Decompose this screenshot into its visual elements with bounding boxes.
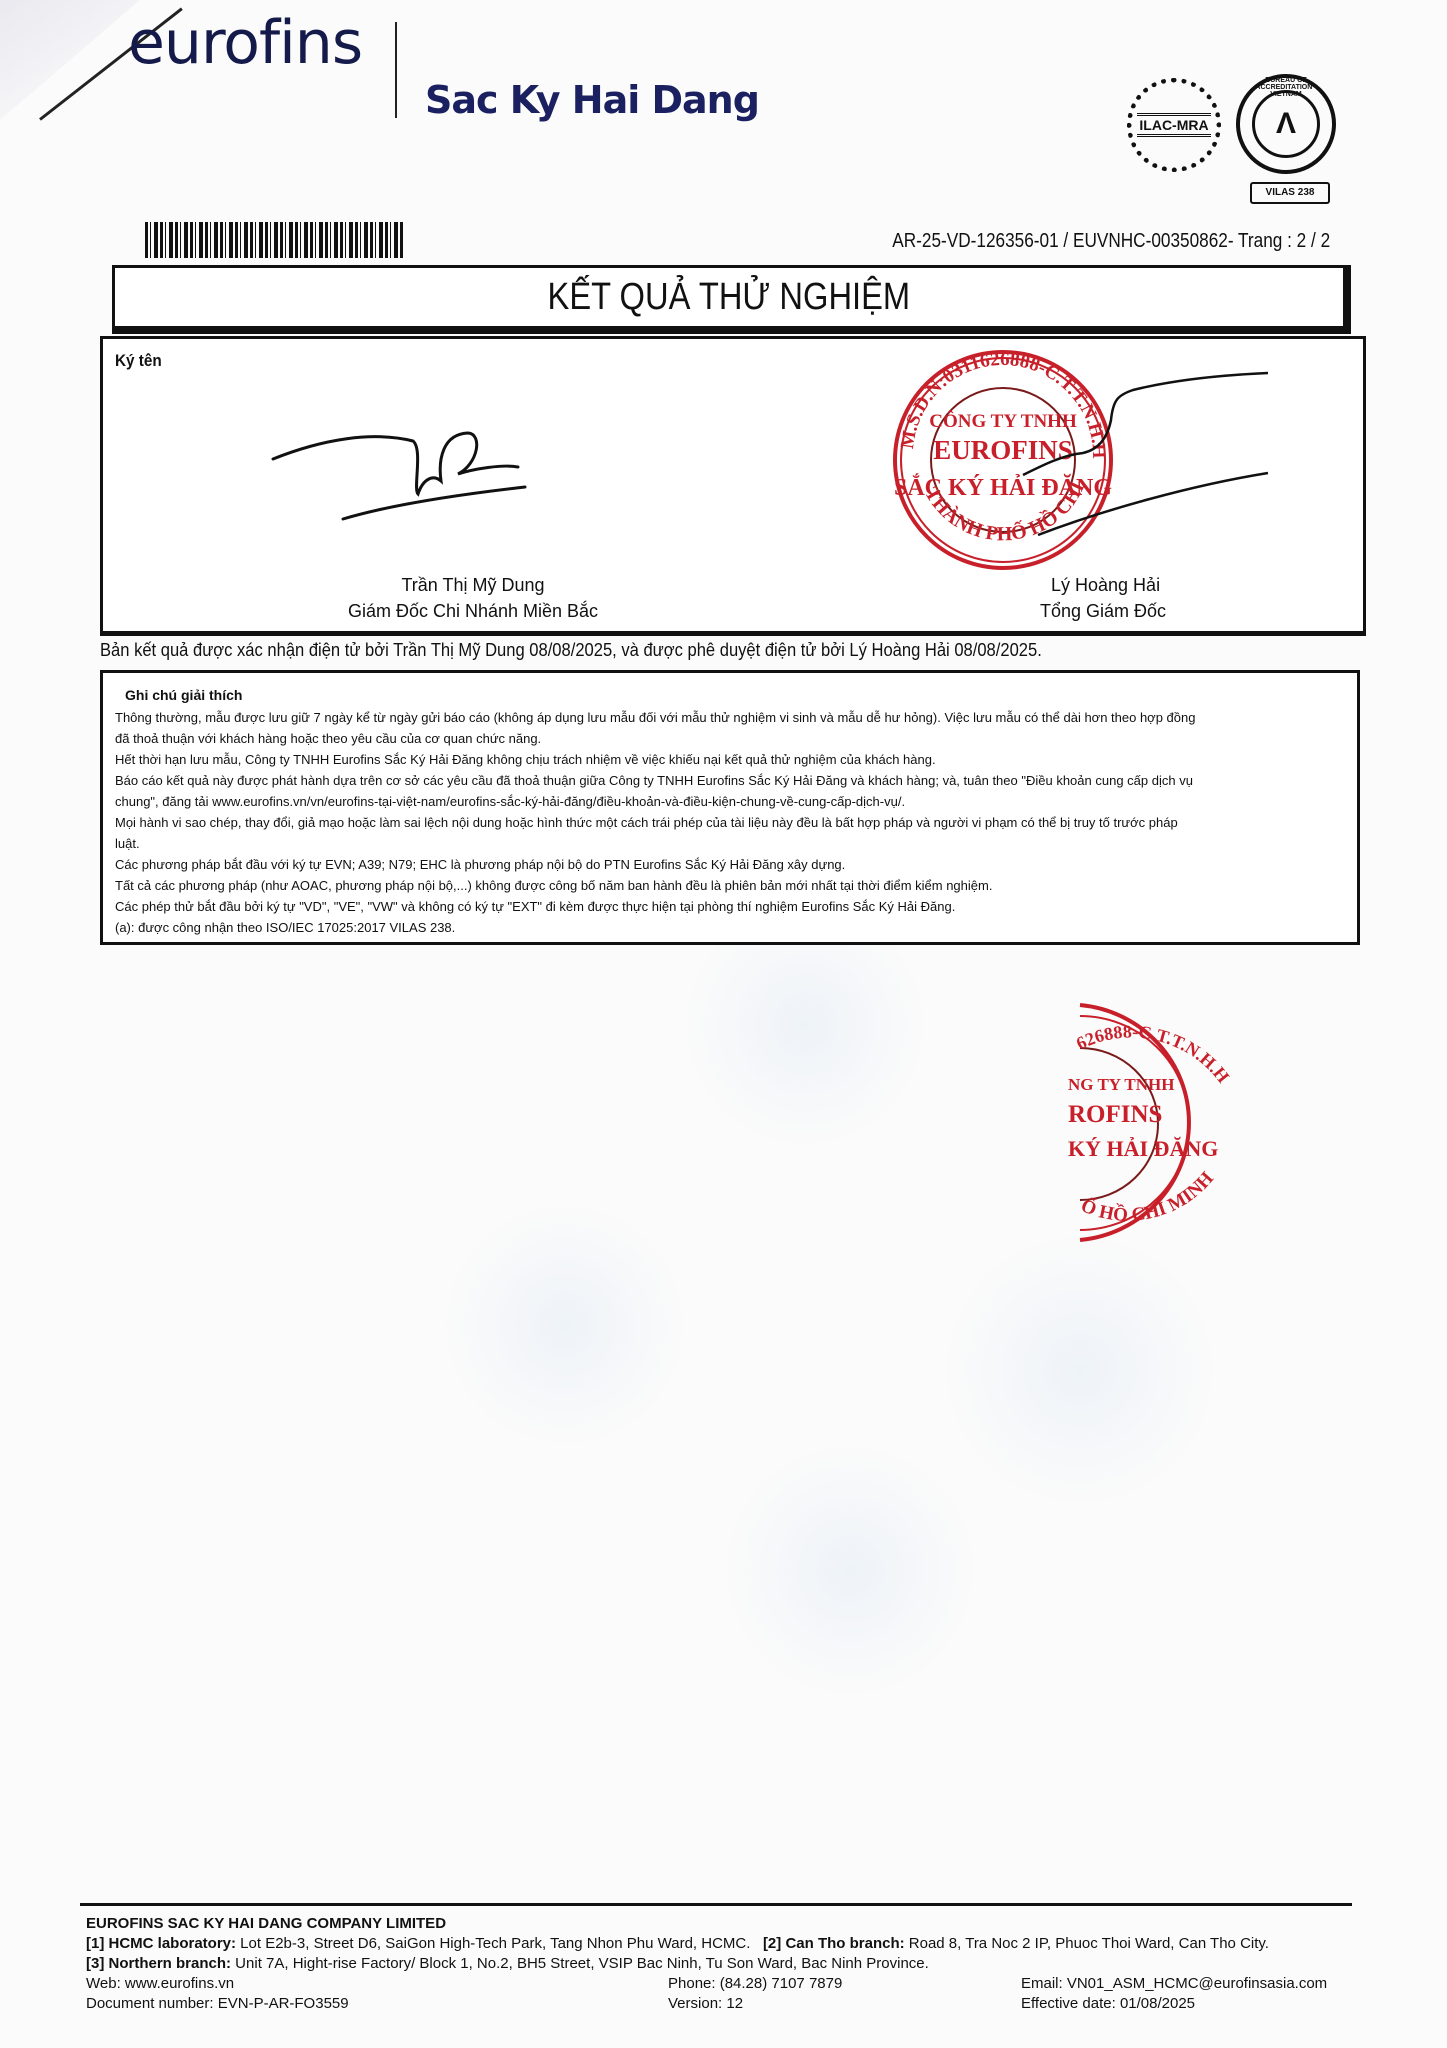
report-reference: AR-25-VD-126356-01 / EUVNHC-00350862- Tr…	[892, 230, 1330, 253]
notes-line: Tất cả các phương pháp (như AOAC, phương…	[115, 875, 1345, 896]
notes-line: Báo cáo kết quả này được phát hành dựa t…	[115, 770, 1345, 791]
notes-line: chung", đăng tải www.eurofins.vn/vn/euro…	[115, 791, 1345, 812]
signer-left-role: Giám Đốc Chi Nhánh Miền Bắc	[253, 601, 693, 622]
partial-stamp-icon: 626888-C.T.T.N.H.H Ố HỒ CHÍ MINH NG TY T…	[1060, 990, 1260, 1250]
svg-text:KÝ HẢI ĐĂNG: KÝ HẢI ĐĂNG	[1068, 1136, 1218, 1161]
footer-divider	[80, 1903, 1352, 1906]
report-title-box: KẾT QUẢ THỬ NGHIỆM	[112, 265, 1351, 334]
barcode	[145, 222, 405, 258]
electronic-confirmation: Bản kết quả được xác nhận điện tử bởi Tr…	[100, 640, 1042, 661]
footer-web: Web: www.eurofins.vn	[86, 1975, 234, 1992]
footer-north-address: Unit 7A, Hight-rise Factory/ Block 1, No…	[231, 1955, 929, 1972]
notes-title: Ghi chú giải thích	[125, 687, 1345, 703]
notes-line: Các phép thử bắt đầu bởi ký tự "VD", "VE…	[115, 896, 1345, 917]
svg-text:ROFINS: ROFINS	[1068, 1101, 1162, 1128]
ilac-mra-label: ILAC-MRA	[1137, 113, 1210, 137]
notes-line: Thông thường, mẫu được lưu giữ 7 ngày kể…	[115, 707, 1345, 728]
signature-label: Ký tên	[115, 351, 162, 371]
footer-effective-date: Effective date: 01/08/2025	[1021, 1994, 1195, 2014]
notes-line: Mọi hành vi sao chép, thay đổi, giả mạo …	[115, 812, 1345, 833]
accreditation-emblem-icon: Λ	[1252, 90, 1320, 158]
ilac-mra-badge-icon: ILAC-MRA	[1127, 78, 1221, 172]
watermark	[940, 1230, 1220, 1510]
footer-hcmc-label: [1] HCMC laboratory:	[86, 1935, 236, 1952]
footer-phone: Phone: (84.28) 7107 7879	[668, 1974, 842, 1994]
footer-company: EUROFINS SAC KY HAI DANG COMPANY LIMITED	[86, 1915, 446, 1932]
report-title: KẾT QUẢ THỬ NGHIỆM	[548, 276, 911, 319]
notes-lines: Thông thường, mẫu được lưu giữ 7 ngày kể…	[115, 707, 1345, 938]
svg-text:NG TY TNHH: NG TY TNHH	[1068, 1075, 1174, 1094]
company-stamp-icon: M.S.D.N:0311626888-C.T.T.N.H.H THÀNH PHỐ…	[873, 335, 1333, 575]
notes-line: Các phương pháp bắt đầu với ký tự EVN; A…	[115, 854, 1345, 875]
footer: EUROFINS SAC KY HAI DANG COMPANY LIMITED…	[86, 1914, 1366, 2014]
notes-line: Hết thời hạn lưu mẫu, Công ty TNHH Eurof…	[115, 749, 1345, 770]
footer-north-label: [3] Northern branch:	[86, 1955, 231, 1972]
svg-text:CÔNG TY TNHH: CÔNG TY TNHH	[929, 410, 1077, 432]
footer-cantho-label: [2] Can Tho branch:	[763, 1935, 905, 1952]
footer-cantho-address: Road 8, Tra Noc 2 IP, Phuoc Thoi Ward, C…	[905, 1935, 1269, 1952]
logo-separator	[395, 22, 397, 118]
notes-line: luật.	[115, 833, 1345, 854]
signature-section: Ký tên M.S.D.N:0311626888-C.T.T.N.H.H TH…	[100, 336, 1366, 636]
signature-left-icon	[263, 419, 533, 529]
notes-line: đã thoả thuận với khách hàng hoặc theo y…	[115, 728, 1345, 749]
vilas-badge: VILAS 238	[1250, 182, 1330, 204]
footer-email: Email: VN01_ASM_HCMC@eurofinsasia.com	[1021, 1974, 1327, 1994]
signer-right-role: Tổng Giám Đốc	[1040, 601, 1166, 622]
notes-line: (a): được công nhận theo ISO/IEC 17025:2…	[115, 917, 1345, 938]
notes-section: Ghi chú giải thích Thông thường, mẫu đượ…	[100, 670, 1360, 945]
logo-subtitle: Sac Ky Hai Dang	[425, 78, 759, 122]
watermark	[440, 1200, 690, 1450]
footer-hcmc-address: Lot E2b-3, Street D6, SaiGon High-Tech P…	[236, 1935, 750, 1952]
signer-right-name: Lý Hoàng Hải	[1051, 575, 1160, 596]
bureau-of-accreditation-badge-icon: BUREAU OF ACCREDITATION · VIETNAM Λ	[1236, 74, 1336, 174]
footer-version: Version: 12	[668, 1994, 743, 2014]
eurofins-logo: eurofins	[128, 8, 362, 78]
svg-text:SẮC KÝ HẢI ĐĂNG: SẮC KÝ HẢI ĐĂNG	[894, 474, 1112, 501]
watermark	[720, 1440, 980, 1700]
signer-left-name: Trần Thị Mỹ Dung	[313, 575, 633, 596]
footer-doc-number: Document number: EVN-P-AR-FO3559	[86, 1995, 349, 2012]
